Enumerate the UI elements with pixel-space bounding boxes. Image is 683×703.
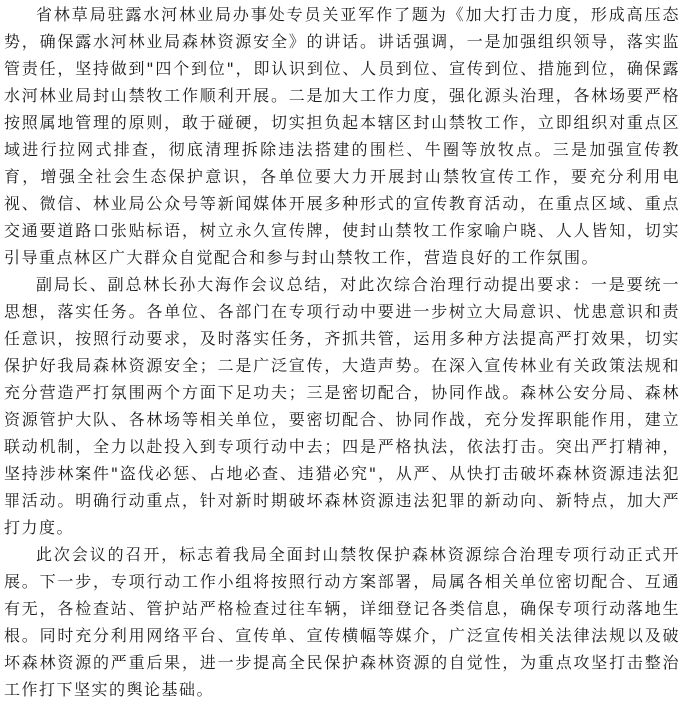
paragraph-speech: 省林草局驻露水河林业局办事处专员关亚军作了题为《加大打击力度，形成高压态势，确保… [4,1,680,271]
paragraph-conclusion: 此次会议的召开，标志着我局全面封山禁牧保护森林资源综合治理专项行动正式开展。下一… [4,541,680,686]
paragraph-summary: 副局长、副总林长孙大海作会议总结，对此次综合治理行动提出要求：一是要统一思想，落… [4,271,680,541]
article-body: 省林草局驻露水河林业局办事处专员关亚军作了题为《加大打击力度，形成高压态势，确保… [4,1,680,686]
